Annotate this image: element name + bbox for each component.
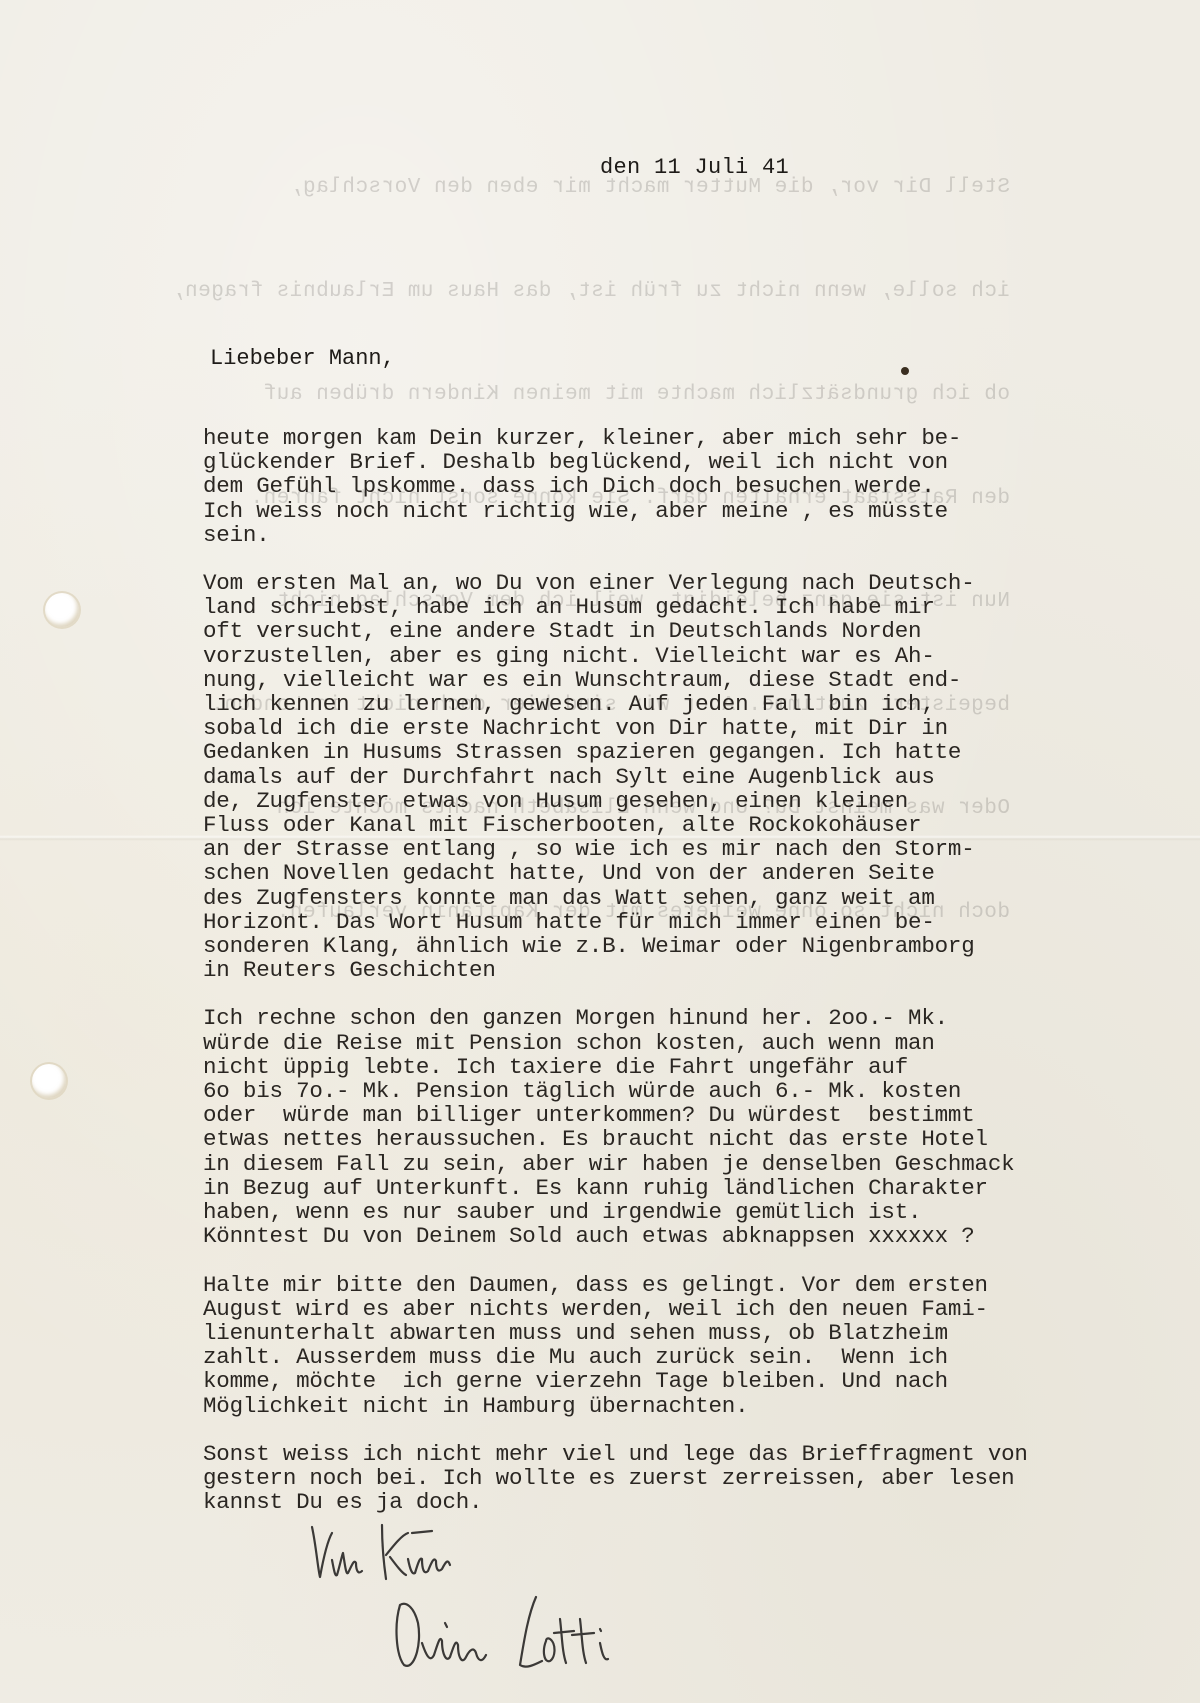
letter-date: den 11 Juli 41 [600, 155, 789, 180]
paragraph-4: Halte mir bitte den Daumen, dass es geli… [203, 1273, 1163, 1418]
text-line: heute morgen kam Dein kurzer, kleiner, a… [203, 426, 1163, 450]
text-line: Halte mir bitte den Daumen, dass es geli… [203, 1273, 1163, 1297]
text-line: gestern noch bei. Ich wollte es zuerst z… [203, 1466, 1163, 1490]
text-line: land schriebst, habe ich an Husum gedach… [203, 595, 1163, 619]
text-line: oder würde man billiger unterkommen? Du … [203, 1103, 1163, 1127]
text-line: etwas nettes heraussuchen. Es braucht ni… [203, 1127, 1163, 1151]
text-line: dem Gefühl lpskomme. dass ich Dich doch … [203, 474, 1163, 498]
bleed-line: ich solle, wenn nicht zu früh ist, das H… [160, 275, 1010, 310]
text-line: Möglichkeit nicht in Hamburg übernachten… [203, 1394, 1163, 1418]
text-line: nicht üppig lebte. Ich taxiere die Fahrt… [203, 1055, 1163, 1079]
text-line: komme, möchte ich gerne vierzehn Tage bl… [203, 1369, 1163, 1393]
ink-spot [901, 367, 909, 375]
text-line: lienunterhalt abwarten muss und sehen mu… [203, 1321, 1163, 1345]
text-line: Vom ersten Mal an, wo Du von einer Verle… [203, 571, 1163, 595]
text-line: vorzustellen, aber es ging nicht. Vielle… [203, 644, 1163, 668]
text-line: Fluss oder Kanal mit Fischerbooten, alte… [203, 813, 1163, 837]
text-line: lich kennen zu lernen, gewesen. Auf jede… [203, 692, 1163, 716]
text-line: Horizont. Das Wort Husum hatte für mich … [203, 910, 1163, 934]
text-line: des Zugfensters konnte man das Watt sehe… [203, 886, 1163, 910]
text-line: Sonst weiss ich nicht mehr viel und lege… [203, 1442, 1163, 1466]
bleed-line: Stell Dir vor, die Mutter macht mir eben… [160, 171, 1010, 206]
text-line: zahlt. Ausserdem muss die Mu auch zurück… [203, 1345, 1163, 1369]
punch-hole-top [45, 593, 79, 627]
text-line: sein. [203, 523, 1163, 547]
text-line: in Bezug auf Unterkunft. Es kann ruhig l… [203, 1176, 1163, 1200]
paragraph-1: heute morgen kam Dein kurzer, kleiner, a… [203, 426, 1163, 547]
text-line: de, Zugfenster etwas von Husum gesehen, … [203, 789, 1163, 813]
text-line: in Reuters Geschichten [203, 958, 1163, 982]
letter-body: heute morgen kam Dein kurzer, kleiner, a… [203, 426, 1163, 1538]
text-line: damals auf der Durchfahrt nach Sylt eine… [203, 765, 1163, 789]
text-line: in diesem Fall zu sein, aber wir haben j… [203, 1152, 1163, 1176]
text-line: an der Strasse entlang , so wie ich es m… [203, 837, 1163, 861]
text-line: sobald ich die erste Nachricht von Dir h… [203, 716, 1163, 740]
salutation: Liebeber Mann, [210, 346, 395, 371]
text-line: glückender Brief. Deshalb beglückend, we… [203, 450, 1163, 474]
text-line: nung, vielleicht war es ein Wunschtraum,… [203, 668, 1163, 692]
text-line: August wird es aber nichts werden, weil … [203, 1297, 1163, 1321]
punch-hole-bottom [32, 1064, 66, 1098]
text-line: Könntest Du von Deinem Sold auch etwas a… [203, 1224, 1163, 1248]
text-line: Ich weiss noch nicht richtig wie, aber m… [203, 499, 1163, 523]
signature-strokes [310, 1515, 710, 1685]
text-line: sonderen Klang, ähnlich wie z.B. Weimar … [203, 934, 1163, 958]
paragraph-2: Vom ersten Mal an, wo Du von einer Verle… [203, 571, 1163, 982]
text-line: schen Novellen gedacht hatte, Und von de… [203, 861, 1163, 885]
text-line: oft versucht, eine andere Stadt in Deuts… [203, 619, 1163, 643]
paragraph-3: Ich rechne schon den ganzen Morgen hinun… [203, 1006, 1163, 1248]
text-line: kannst Du es ja doch. [203, 1490, 1163, 1514]
paragraph-5: Sonst weiss ich nicht mehr viel und lege… [203, 1442, 1163, 1515]
text-line: haben, wenn es nur sauber und irgendwie … [203, 1200, 1163, 1224]
text-line: Gedanken in Husums Strassen spazieren ge… [203, 740, 1163, 764]
bleed-line: ob ich grundsätzlich machte mit meinen K… [160, 378, 1010, 413]
text-line: 6o bis 7o.- Mk. Pension täglich würde au… [203, 1079, 1163, 1103]
handwritten-signature: Viele Küsse Deine Lotti [310, 1515, 710, 1685]
text-line: würde die Reise mit Pension schon kosten… [203, 1031, 1163, 1055]
text-line: Ich rechne schon den ganzen Morgen hinun… [203, 1006, 1163, 1030]
letter-page: Stell Dir vor, die Mutter macht mir eben… [0, 0, 1200, 1703]
